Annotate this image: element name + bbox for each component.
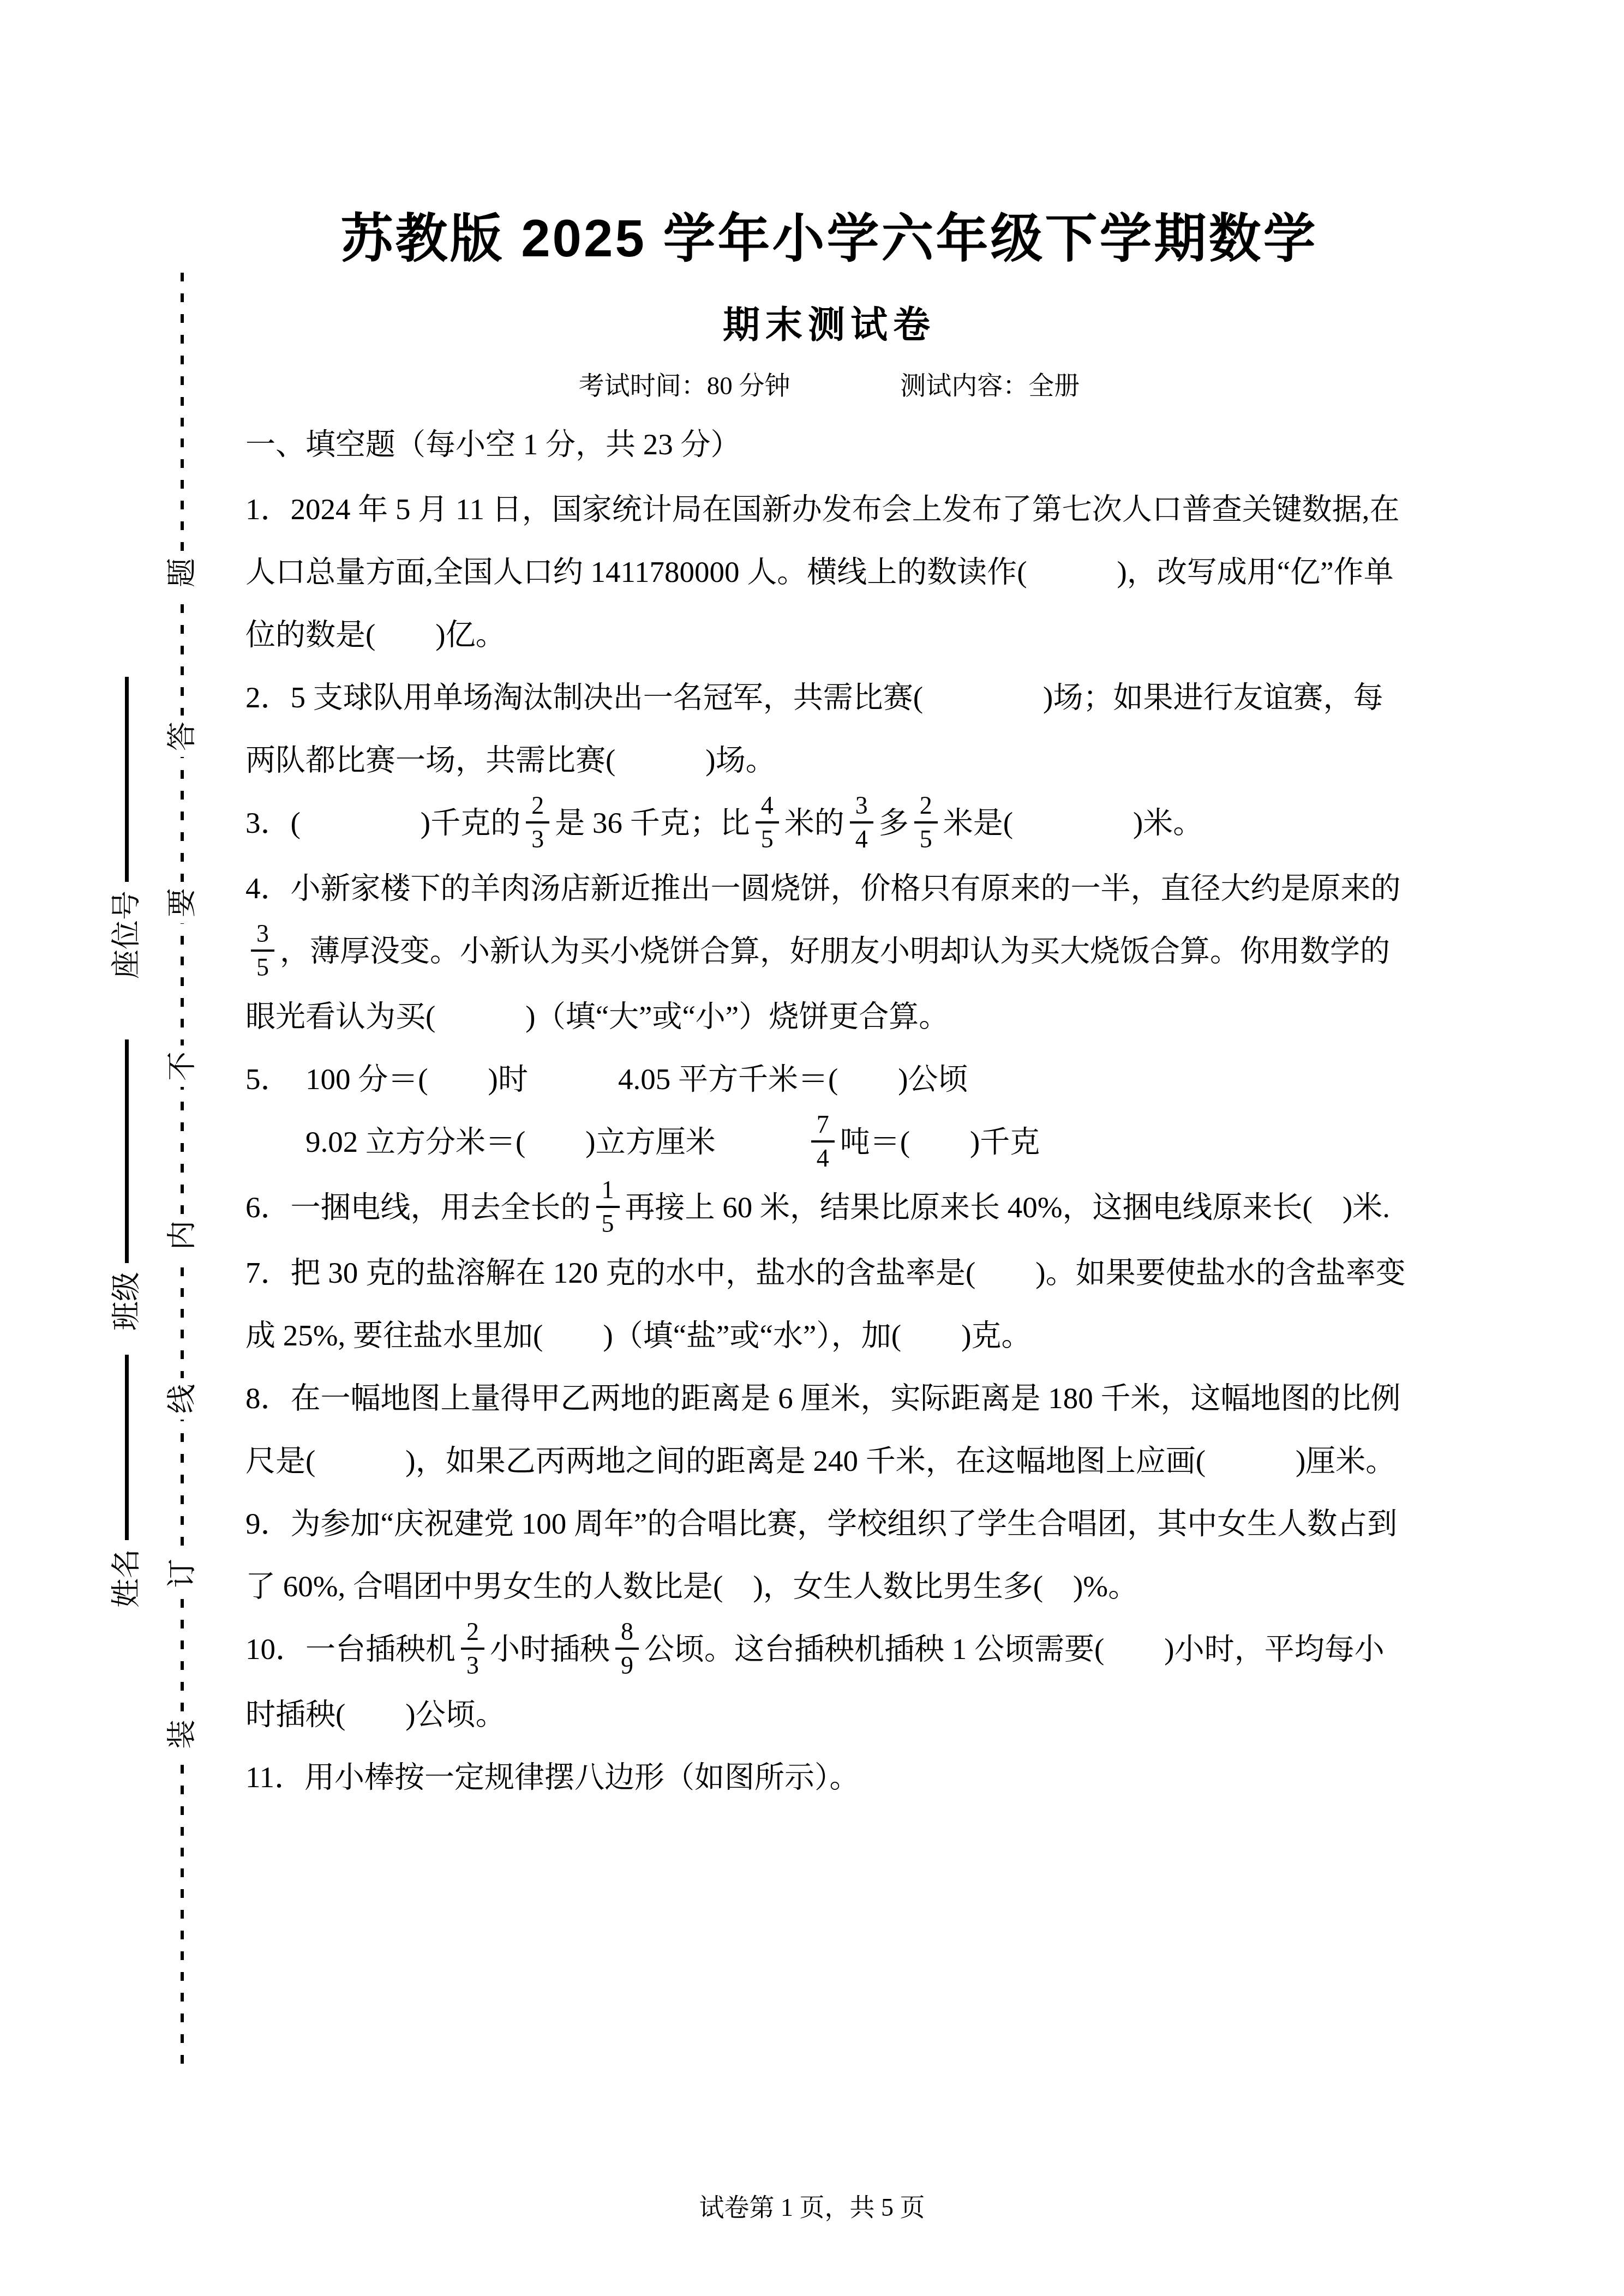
field-block: 姓名 xyxy=(104,1351,149,1608)
fraction: 89 xyxy=(615,1618,639,1680)
fraction-numerator: 7 xyxy=(811,1111,835,1143)
fraction: 35 xyxy=(251,920,274,982)
field-label: 姓名 xyxy=(104,1549,149,1608)
binding-char: 不 xyxy=(161,1045,203,1087)
binding-dashed-line xyxy=(181,273,184,2067)
question: 8．在一幅地图上量得甲乙两地的距离是 6 厘米，实际距离是 180 千米，这幅地… xyxy=(245,1367,1413,1492)
fraction-numerator: 2 xyxy=(914,792,938,824)
fraction: 45 xyxy=(756,792,779,854)
exam-title: 苏教版 2025 学年小学六年级下学期数学 xyxy=(245,213,1413,265)
binding-char: 内 xyxy=(161,1215,203,1256)
question: 3．( )千克的23是 36 千克；比45米的34多25米是( )米。 xyxy=(245,791,1413,857)
exam-time-label: 考试时间：80 分钟 xyxy=(579,372,790,400)
fraction-denominator: 5 xyxy=(596,1208,620,1238)
fraction-numerator: 4 xyxy=(756,792,779,824)
question: 4．小新家楼下的羊肉汤店新近推出一圆烧饼，价格只有原来的一半，直径大约是原来的3… xyxy=(245,857,1413,1048)
fraction: 23 xyxy=(461,1618,484,1680)
fraction: 34 xyxy=(850,792,873,854)
fraction-denominator: 5 xyxy=(914,824,938,854)
question: 9．为参加“庆祝建党 100 周年”的合唱比赛，学校组织了学生合唱团，其中女生人… xyxy=(245,1492,1413,1618)
question: 11．用小棒按一定规律摆八边形（如图所示）。 xyxy=(245,1746,1413,1808)
field-label: 班级 xyxy=(104,1272,149,1331)
field-block: 班级 xyxy=(104,1036,149,1331)
fraction: 25 xyxy=(914,792,938,854)
question: 1．2024 年 5 月 11 日，国家统计局在国新办发布会上发布了第七次人口普… xyxy=(245,478,1413,666)
question: 5． 100 分＝( )时 4.05 平方千米＝( )公顷 9.02 立方分米＝… xyxy=(245,1048,1413,1176)
binding-char: 答 xyxy=(161,716,203,757)
fraction-denominator: 4 xyxy=(850,824,873,854)
field-block: 座位号 xyxy=(104,674,149,979)
content-column: 苏教版 2025 学年小学六年级下学期数学 期末测试卷 考试时间：80 分钟 测… xyxy=(245,188,1413,1808)
field-blank-line xyxy=(125,1355,129,1540)
binding-char: 装 xyxy=(161,1714,203,1755)
binding-char: 订 xyxy=(161,1553,203,1594)
fraction-numerator: 2 xyxy=(526,792,549,824)
field-blank-line xyxy=(125,677,129,882)
section-heading: 一、填空题（每小空 1 分，共 23 分） xyxy=(245,426,1413,462)
fraction-denominator: 5 xyxy=(251,952,274,982)
fraction-denominator: 3 xyxy=(461,1650,484,1680)
fraction-numerator: 2 xyxy=(461,1618,484,1650)
fraction: 74 xyxy=(811,1111,835,1173)
binding-char: 题 xyxy=(161,552,203,593)
fraction-numerator: 8 xyxy=(615,1618,639,1650)
page-footer: 试卷第 1 页，共 5 页 xyxy=(0,2192,1624,2222)
question: 6．一捆电线，用去全长的15再接上 60 米，结果比原来长 40%，这捆电线原来… xyxy=(245,1176,1413,1241)
exam-page: 题答要不内线订装座位号班级姓名 苏教版 2025 学年小学六年级下学期数学 期末… xyxy=(0,0,1624,2296)
fraction-numerator: 3 xyxy=(251,920,274,952)
fraction: 15 xyxy=(596,1176,620,1238)
questions-list: 1．2024 年 5 月 11 日，国家统计局在国新办发布会上发布了第七次人口普… xyxy=(245,478,1413,1808)
field-label: 座位号 xyxy=(104,891,149,979)
exam-scope-label: 测试内容：全册 xyxy=(900,372,1080,400)
field-blank-line xyxy=(125,1039,129,1263)
question: 7．把 30 克的盐溶解在 120 克的水中，盐水的含盐率是( )。如果要使盐水… xyxy=(245,1241,1413,1367)
exam-meta-row: 考试时间：80 分钟 测试内容：全册 xyxy=(245,374,1413,399)
binding-char: 要 xyxy=(161,882,203,923)
fraction-denominator: 3 xyxy=(526,824,549,854)
question: 10．一台插秧机23小时插秧89公顷。这台插秧机插秧 1 公顷需要( )小时，平… xyxy=(245,1618,1413,1746)
fraction-denominator: 9 xyxy=(615,1650,639,1680)
binding-char: 线 xyxy=(161,1378,203,1420)
fraction-denominator: 5 xyxy=(756,824,779,854)
fraction-numerator: 3 xyxy=(850,792,873,824)
exam-subtitle: 期末测试卷 xyxy=(245,306,1413,344)
fraction-numerator: 1 xyxy=(596,1176,620,1209)
fraction: 23 xyxy=(526,792,549,854)
question: 2．5 支球队用单场淘汰制决出一名冠军，共需比赛( )场；如果进行友谊赛，每两队… xyxy=(245,666,1413,791)
fraction-denominator: 4 xyxy=(811,1143,835,1173)
